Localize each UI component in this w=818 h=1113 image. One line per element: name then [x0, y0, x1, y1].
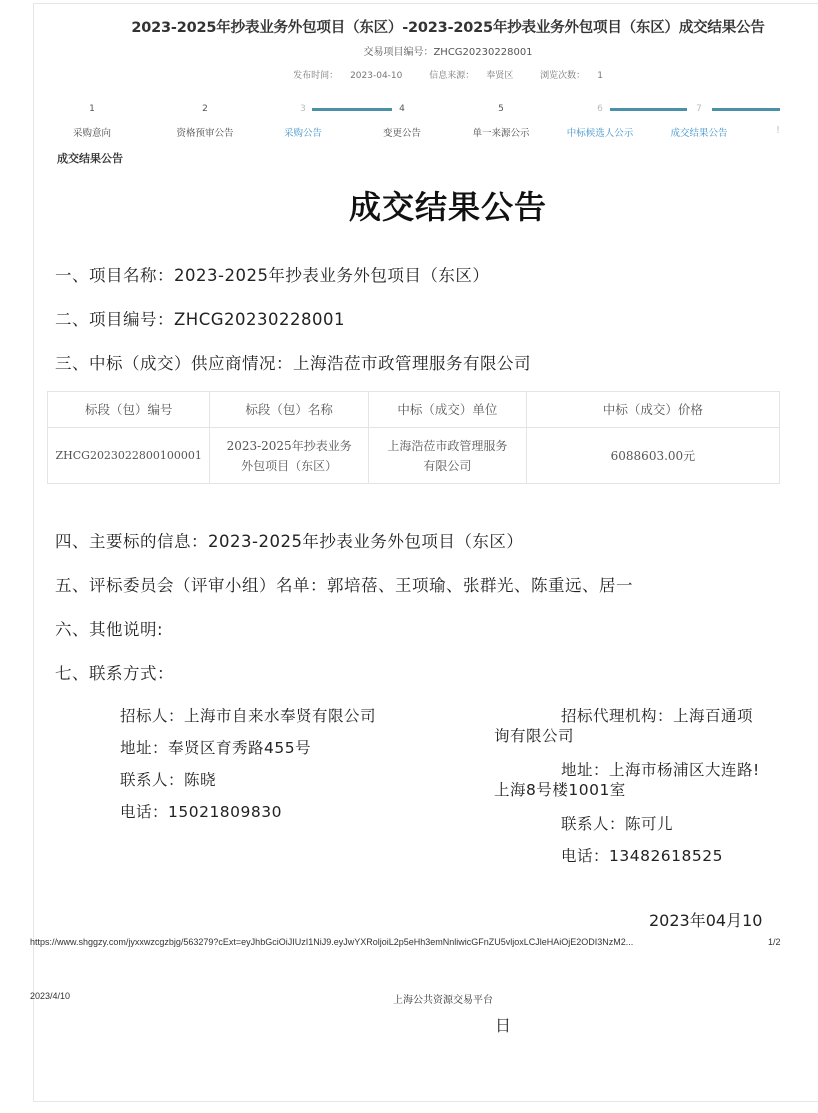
- step-num-1: 1: [82, 104, 102, 114]
- agency-name-line1: 招标代理机构：上海百通项: [561, 704, 753, 726]
- cell-price: 6088603.00元: [526, 428, 779, 484]
- th-winner: 中标（成交）单位: [368, 392, 526, 428]
- table-row: ZHCG2023022800100001 2023-2025年抄表业务 外包项目…: [48, 428, 780, 484]
- agency-address-line2: 上海8号楼1001室: [494, 778, 626, 800]
- item-committee: 五、评标委员会（评审小组）名单：郭培蓓、王项瑜、张群光、陈重远、居一: [55, 572, 633, 596]
- item-project-name: 一、项目名称：2023-2025年抄表业务外包项目（东区）: [55, 262, 489, 286]
- meta-info: 发布时间：2023-04-10 信息来源：奉贤区 浏览次数：1: [0, 68, 780, 81]
- step-num-7: 7: [689, 104, 709, 114]
- th-lot-code: 标段（包）编号: [48, 392, 210, 428]
- print-date: 2023/4/10: [30, 991, 70, 1001]
- step-single-source[interactable]: 单一来源公示: [451, 125, 551, 139]
- step-prequalification[interactable]: 资格预审公告: [155, 125, 255, 139]
- step-change-notice[interactable]: 变更公告: [352, 125, 452, 139]
- tenderer-address: 地址：奉贤区育秀路455号: [120, 736, 311, 758]
- views-value: 1: [597, 71, 603, 81]
- views-label: 浏览次数：: [540, 71, 585, 81]
- tenderer-contact: 联系人：陈晓: [120, 768, 216, 790]
- print-site-name: 上海公共资源交易平台: [393, 991, 493, 1006]
- winner-line1: 上海浩莅市政管理服务: [369, 436, 526, 456]
- section-label: 成交结果公告: [57, 150, 123, 166]
- view-count: 浏览次数：1: [534, 71, 609, 81]
- step-connector-3-4: [312, 108, 392, 111]
- step-candidate-notice[interactable]: 中标候选人公示: [550, 125, 650, 139]
- publish-time: 发布时间：2023-04-10: [287, 71, 408, 81]
- cell-winner: 上海浩莅市政管理服务 有限公司: [368, 428, 526, 484]
- print-page-number: 1/2: [768, 937, 781, 947]
- step-purchase-intent[interactable]: 采购意向: [42, 125, 142, 139]
- step-num-4: 4: [392, 104, 412, 114]
- item-subject-info: 四、主要标的信息：2023-2025年抄表业务外包项目（东区）: [55, 528, 523, 552]
- lot-name-line2: 外包项目（东区）: [210, 456, 367, 476]
- step-next-truncated[interactable]: !: [728, 125, 780, 136]
- item-other-notes: 六、其他说明:: [55, 616, 163, 640]
- step-num-2: 2: [195, 104, 215, 114]
- agency-address-line1: 地址：上海市杨浦区大连路!: [561, 758, 760, 780]
- cell-lot-name: 2023-2025年抄表业务 外包项目（东区）: [210, 428, 368, 484]
- source-label: 信息来源：: [429, 71, 474, 81]
- step-num-3: 3: [293, 104, 313, 114]
- th-lot-name: 标段（包）名称: [210, 392, 368, 428]
- item-project-code: 二、项目编号：ZHCG20230228001: [55, 306, 345, 330]
- tenderer-name: 招标人：上海市自来水奉贤有限公司: [120, 704, 376, 726]
- publish-time-value: 2023-04-10: [350, 71, 402, 81]
- trade-code-label: 交易项目编号：: [363, 47, 433, 58]
- tenderer-phone: 电话：15021809830: [120, 800, 282, 822]
- th-price: 中标（成交）价格: [526, 392, 779, 428]
- cell-lot-code: ZHCG2023022800100001: [48, 428, 210, 484]
- publish-time-label: 发布时间：: [293, 71, 338, 81]
- trade-code-value: ZHCG20230228001: [433, 47, 532, 58]
- step-connector-7-8: [712, 108, 780, 111]
- agency-phone: 电话：13482618525: [561, 844, 723, 866]
- item-contact-heading: 七、联系方式：: [55, 660, 174, 684]
- signature-date-carry: 日: [495, 1013, 511, 1036]
- table-header-row: 标段（包）编号 标段（包）名称 中标（成交）单位 中标（成交）价格: [48, 392, 780, 428]
- result-table: 标段（包）编号 标段（包）名称 中标（成交）单位 中标（成交）价格 ZHCG20…: [47, 391, 780, 484]
- winner-line2: 有限公司: [369, 456, 526, 476]
- trade-code: 交易项目编号：ZHCG20230228001: [0, 43, 780, 58]
- lot-name-line1: 2023-2025年抄表业务: [210, 436, 367, 456]
- item-supplier: 三、中标（成交）供应商情况：上海浩莅市政管理服务有限公司: [55, 350, 531, 374]
- document-title: 成交结果公告: [0, 182, 780, 228]
- print-url: https://www.shggzy.com/jyxxwzcgzbjg/5632…: [30, 937, 633, 947]
- agency-contact: 联系人：陈可儿: [561, 812, 673, 834]
- page-title: 2023-2025年抄表业务外包项目（东区）-2023-2025年抄表业务外包项…: [0, 16, 780, 37]
- step-num-6: 6: [590, 104, 610, 114]
- signature-date: 2023年04月10: [649, 908, 762, 931]
- source-value: 奉贤区: [486, 71, 513, 81]
- step-connector-6-7: [610, 108, 687, 111]
- agency-name-line2: 询有限公司: [494, 724, 574, 746]
- step-purchase-notice[interactable]: 采购公告: [253, 125, 353, 139]
- step-num-5: 5: [491, 104, 511, 114]
- info-source: 信息来源：奉贤区: [423, 71, 519, 81]
